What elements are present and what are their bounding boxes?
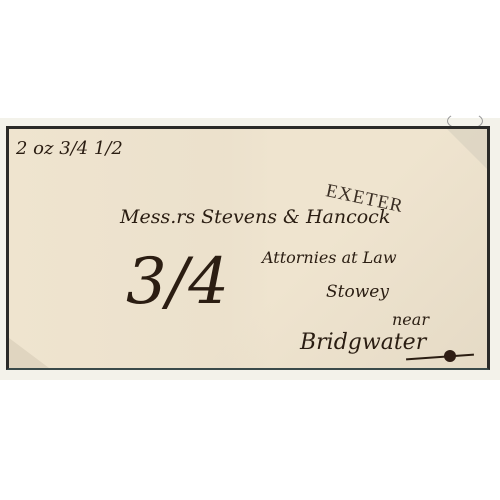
address-line-4: Bridgwater xyxy=(300,330,426,355)
addressee: Mess.rs Stevens & Hancock xyxy=(120,206,390,228)
corner-fold-top-right xyxy=(447,129,487,169)
ink-blot xyxy=(444,350,456,362)
corner-fold-bottom-left xyxy=(9,338,49,368)
address-line-3: near xyxy=(392,310,429,329)
address-line-2: Stowey xyxy=(326,282,389,302)
weight-note: 2 oz 3/4 1/2 xyxy=(16,138,123,159)
postage-rate: 3/4 xyxy=(126,245,229,319)
address-line-1: Attornies at Law xyxy=(262,248,397,267)
